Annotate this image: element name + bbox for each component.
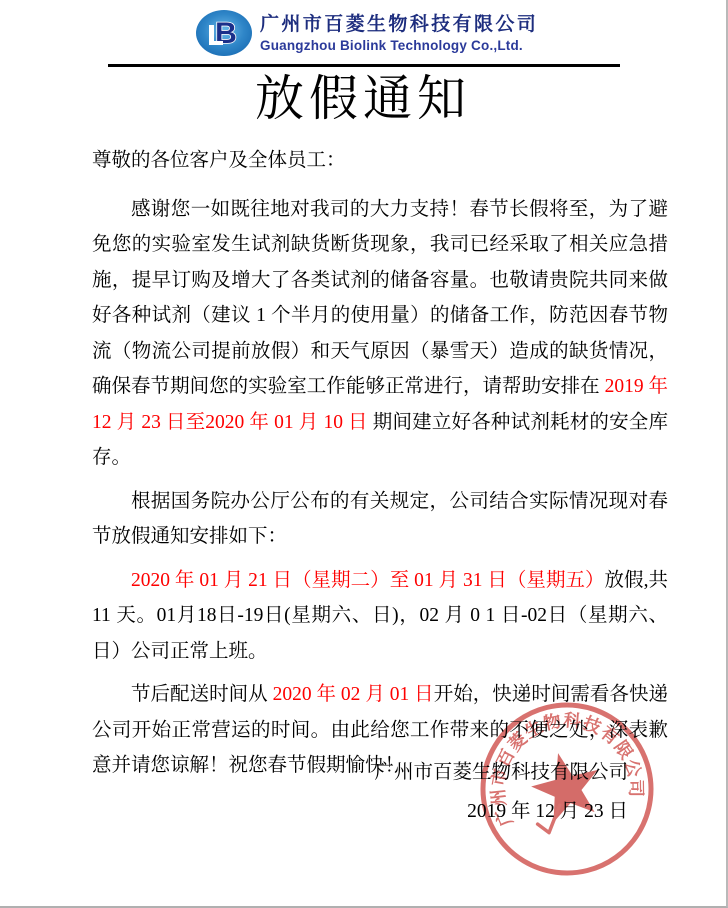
paragraph-4-highlight-date: 2020 年 02 月 01 日 (273, 684, 434, 705)
letterhead: B 广州市百菱生物科技有限公司 Guangzhou Biolink Techno… (195, 8, 538, 58)
company-name-cn: 广州市百菱生物科技有限公司 (260, 13, 538, 37)
paragraph-1-text: 感谢您一如既往地对我司的大力支持！春节长假将至，为了避免您的实验室发生试剂缺货断… (92, 199, 668, 398)
signature-date: 2019 年 12 月 23 日 (374, 792, 628, 831)
paragraph-3-highlight-dates: 2020 年 01 月 21 日（星期二）至 01 月 31 日（星期五） (131, 570, 605, 591)
notice-title: 放假通知 (0, 70, 726, 128)
signature-company: 广州市百菱生物科技有限公司 (374, 753, 628, 792)
document-page: B 广州市百菱生物科技有限公司 Guangzhou Biolink Techno… (0, 0, 728, 908)
signature-block: 广州市百菱生物科技有限公司 2019 年 12 月 23 日 (374, 753, 628, 831)
company-name-en: Guangzhou Biolink Technology Co.,Ltd. (260, 37, 538, 54)
logo-letter: B (215, 17, 237, 50)
company-logo-icon: B (195, 8, 253, 58)
paragraph-4-text: 节后配送时间从 (131, 684, 273, 705)
paragraph-2-text: 根据国务院办公厅公布的有关规定，公司结合实际情况现对春节放假通知安排如下： (92, 491, 668, 548)
notice-body: 尊敬的各位客户及全体员工： 感谢您一如既往地对我司的大力支持！春节长假将至，为了… (92, 143, 668, 792)
paragraph-1: 感谢您一如既往地对我司的大力支持！春节长假将至，为了避免您的实验室发生试剂缺货断… (92, 192, 668, 476)
header-divider (108, 64, 620, 67)
paragraph-3: 2020 年 01 月 21 日（星期二）至 01 月 31 日（星期五）放假,… (92, 563, 668, 670)
company-names: 广州市百菱生物科技有限公司 Guangzhou Biolink Technolo… (260, 13, 538, 54)
paragraph-2: 根据国务院办公厅公布的有关规定，公司结合实际情况现对春节放假通知安排如下： (92, 484, 668, 555)
salutation: 尊敬的各位客户及全体员工： (92, 143, 668, 179)
